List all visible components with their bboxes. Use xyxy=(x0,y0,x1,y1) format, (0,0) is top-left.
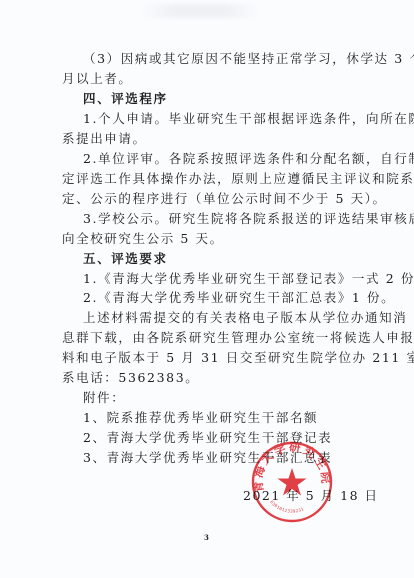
paragraph-line: 3.学校公示。研究生院将各院系报送的评选结果审核后 xyxy=(83,211,373,227)
paragraph-line: 1、院系推荐优秀毕业研究生干部名额 xyxy=(83,410,373,426)
paragraph-line: 定、公示的程序进行（单位公示时间不少于 5 天）。 xyxy=(62,191,352,207)
paragraph-line: 料和电子版本于 5 月 31 日交至研究生院学位办 211 室，联 xyxy=(62,350,352,366)
paragraph-line: 附件： xyxy=(83,390,373,406)
official-seal-stamp: 青海大学研究生院 6301012339231 xyxy=(250,440,334,524)
document-page: （3）因病或其它原因不能坚持正常学习，休学达 3 个月以上者。四、评选程序1.个… xyxy=(0,0,414,578)
paragraph-line: 上述材料需提交的有关表格电子版本从学位办通知消 xyxy=(83,310,373,326)
paragraph-line: 月以上者。 xyxy=(62,71,352,87)
section-heading: 五、评选要求 xyxy=(83,251,373,267)
paragraph-line: 1.《青海大学优秀毕业研究生干部登记表》一式 2 份。 xyxy=(83,271,373,287)
paragraph-line: 定评选工作具体操作办法，原则上应遵循民主评议和院系审 xyxy=(62,171,352,187)
bleed-through-artifact xyxy=(140,4,260,18)
page-number: 3 xyxy=(204,533,209,542)
paragraph-line: 息群下载，由各院系研究生管理办公室统一将候选人申报材 xyxy=(62,330,352,346)
paragraph-line: 系提出申请。 xyxy=(62,131,352,147)
paragraph-line: 1.个人申请。毕业研究生干部根据评选条件，向所在院 xyxy=(83,111,373,127)
paragraph-line: 向全校研究生公示 5 天。 xyxy=(62,231,352,247)
section-heading: 四、评选程序 xyxy=(83,91,373,107)
paragraph-line: 2.《青海大学优秀毕业研究生干部汇总表》1 份。 xyxy=(83,290,373,306)
paragraph-line: 系电话：5362383。 xyxy=(62,370,352,386)
star-icon xyxy=(278,468,307,496)
paragraph-line: （3）因病或其它原因不能坚持正常学习，休学达 3 个 xyxy=(83,51,373,67)
svg-text:6301012339231: 6301012339231 xyxy=(269,499,305,513)
paragraph-line: 2.单位评审。各院系按照评选条件和分配名额，自行制 xyxy=(83,151,373,167)
seal-code: 6301012339231 xyxy=(269,499,305,513)
